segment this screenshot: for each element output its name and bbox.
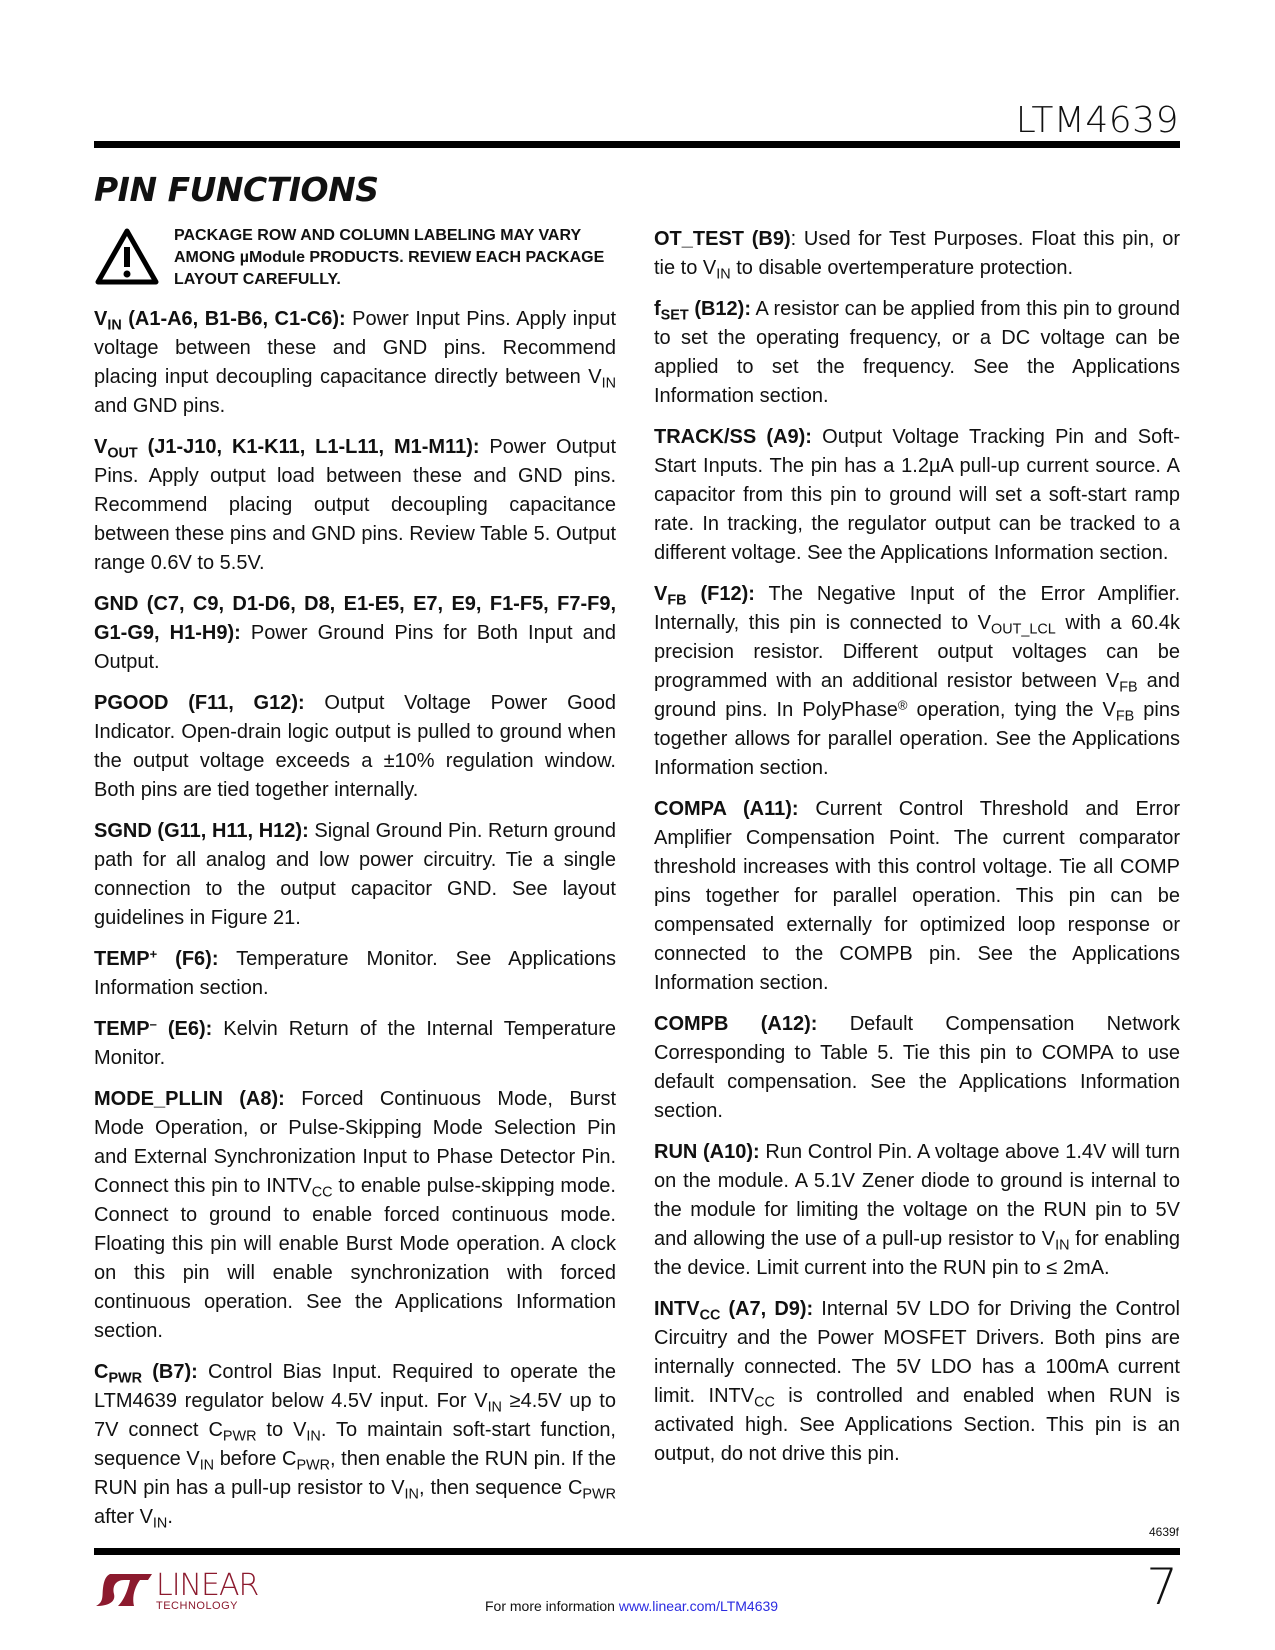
pin-name: COMPB (A12): [654, 1013, 817, 1035]
pin-list-left: VIN (A1-A6, B1-B6, C1-C6): Power Input P… [94, 305, 616, 1532]
pin-description: VIN (A1-A6, B1-B6, C1-C6): Power Input P… [94, 305, 616, 421]
pin-name: VFB (F12): [654, 583, 755, 605]
section-title: PIN FUNCTIONS [94, 170, 378, 209]
pin-description: VFB (F12): The Negative Input of the Err… [654, 580, 1180, 783]
pin-text: Forced Continuous Mode, Burst Mode Opera… [94, 1088, 616, 1342]
pin-name: TEMP– (E6): [94, 1018, 212, 1040]
footer-info: For more information www.linear.com/LTM4… [485, 1598, 778, 1614]
footer-info-prefix: For more information [485, 1598, 615, 1614]
pin-name: RUN (A10): [654, 1141, 760, 1163]
pin-name: OT_TEST (B9) [654, 228, 791, 250]
pin-name: SGND (G11, H11, H12): [94, 820, 309, 842]
pin-name: INTVCC (A7, D9): [654, 1298, 813, 1320]
pin-description: GND (C7, C9, D1-D6, D8, E1-E5, E7, E9, F… [94, 590, 616, 677]
pin-name: COMPA (A11): [654, 798, 799, 820]
pin-description: CPWR (B7): Control Bias Input. Required … [94, 1358, 616, 1532]
pin-description: TEMP– (E6): Kelvin Return of the Interna… [94, 1015, 616, 1073]
pin-description: RUN (A10): Run Control Pin. A voltage ab… [654, 1138, 1180, 1283]
linear-technology-logo: LINEAR TECHNOLOGY [94, 1572, 258, 1612]
header-rule [94, 141, 1180, 148]
pin-description: TEMP+ (F6): Temperature Monitor. See App… [94, 945, 616, 1003]
pin-description: VOUT (J1-J10, K1-K11, L1-L11, M1-M11): P… [94, 433, 616, 578]
product-link[interactable]: www.linear.com/LTM4639 [619, 1598, 778, 1614]
pin-description: INTVCC (A7, D9): Internal 5V LDO for Dri… [654, 1295, 1180, 1469]
pin-text: Current Control Threshold and Error Ampl… [654, 798, 1180, 994]
pin-text: The Negative Input of the Error Amplifie… [654, 583, 1180, 779]
right-column: OT_TEST (B9): Used for Test Purposes. Fl… [654, 225, 1180, 1481]
pin-name: CPWR (B7): [94, 1361, 198, 1383]
footer-rule [94, 1548, 1180, 1555]
pin-name: VIN (A1-A6, B1-B6, C1-C6): [94, 308, 346, 330]
revision-code: 4639f [1149, 1525, 1179, 1539]
pin-name: TRACK/SS (A9): [654, 426, 812, 448]
pin-name: TEMP+ (F6): [94, 948, 219, 970]
pin-text: Control Bias Input. Required to operate … [94, 1361, 616, 1528]
pin-name: MODE_PLLIN (A8): [94, 1088, 285, 1110]
pin-description: SGND (G11, H11, H12): Signal Ground Pin.… [94, 817, 616, 933]
pin-description: COMPB (A12): Default Compensation Networ… [654, 1010, 1180, 1126]
pin-list-right: OT_TEST (B9): Used for Test Purposes. Fl… [654, 225, 1180, 1469]
left-column: PACKAGE ROW AND COLUMN LABELING MAY VARY… [94, 225, 616, 1544]
pin-name: VOUT (J1-J10, K1-K11, L1-L11, M1-M11): [94, 436, 480, 458]
pin-name: PGOOD (F11, G12): [94, 692, 305, 714]
pin-name: fSET (B12): [654, 298, 751, 320]
logo-wordmark: LINEAR [156, 1572, 258, 1600]
warning-triangle-icon [94, 227, 160, 287]
pin-description: fSET (B12): A resistor can be applied fr… [654, 295, 1180, 411]
pin-description: COMPA (A11): Current Control Threshold a… [654, 795, 1180, 998]
pin-description: PGOOD (F11, G12): Output Voltage Power G… [94, 689, 616, 805]
pin-description: OT_TEST (B9): Used for Test Purposes. Fl… [654, 225, 1180, 283]
page-number: 7 [1146, 1558, 1178, 1616]
warning-note: PACKAGE ROW AND COLUMN LABELING MAY VARY… [94, 225, 616, 291]
pin-description: TRACK/SS (A9): Output Voltage Tracking P… [654, 423, 1180, 568]
pin-description: MODE_PLLIN (A8): Forced Continuous Mode,… [94, 1085, 616, 1346]
pin-text: Internal 5V LDO for Driving the Control … [654, 1298, 1180, 1465]
warning-text: PACKAGE ROW AND COLUMN LABELING MAY VARY… [174, 225, 616, 291]
lt-logo-icon [94, 1572, 152, 1608]
part-number-header: LTM4639 [1016, 100, 1179, 141]
